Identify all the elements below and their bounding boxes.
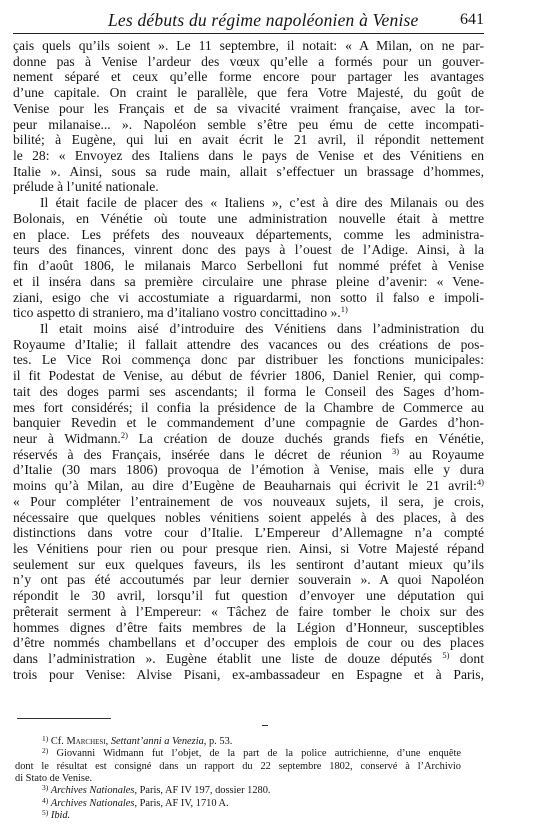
text-line: peur milanaise... ». Napoléon semble s’ê… <box>13 117 484 133</box>
footnote-4: 4) Archives Nationales, Paris, AF IV, 17… <box>15 798 461 810</box>
text-line: moins qu’à Milan, au dire d’Eugène de Be… <box>13 478 484 494</box>
footnote-1: 1) Cf. Marchesi, Settant’anni a Venezia,… <box>15 736 461 748</box>
page-header: Les débuts du régime napoléonien à Venis… <box>13 6 484 32</box>
body-text: çais quels qu’ils soient ». Le 11 septem… <box>13 38 484 682</box>
footnote-ref-2[interactable]: 2) <box>121 430 128 440</box>
text-line: les Vénitiens pour rien ou pour presque … <box>13 541 484 557</box>
footnote-ref-3[interactable]: 3) <box>392 446 399 456</box>
text-line: prélude à l’unité nationale. <box>13 179 484 195</box>
paragraph-start: Il était facile de placer des « Italiens… <box>13 195 484 211</box>
text-line: teurs des finances, vinrent donc des pay… <box>13 242 484 258</box>
text-line: hommes dignes d’être faits membres de la… <box>13 620 484 636</box>
text-line: banquier Revedin et le commandement d’un… <box>13 415 484 431</box>
text-line: tait des doges parmi ses ascendants; il … <box>13 384 484 400</box>
text-line: Venise pour les Français et de sa vivaci… <box>13 101 484 117</box>
text-line: neur à Widmann.2) La création de douze d… <box>13 431 484 447</box>
footnotes: 1) Cf. Marchesi, Settant’anni a Venezia,… <box>15 736 461 822</box>
text-line: bilité; à Eugène, qui lui en avait écrit… <box>13 132 484 148</box>
text-line: fin d’août 1806, le milanais Marco Serbe… <box>13 258 484 274</box>
text-line: le 28: « Envoyez des Italiens dans le pa… <box>13 148 484 164</box>
footnote-2: 2) Giovanni Widmann fut l’objet, de la p… <box>15 748 461 760</box>
text-line: il fit Podestat de Venise, au début de f… <box>13 368 484 384</box>
text-line: ziani, esigo che vi accostumiate a rigua… <box>13 290 484 306</box>
text-line: répondit le 30 avril, lorsqu’il fut ques… <box>13 588 484 604</box>
text-line: tico aspetto di straniero, ma d’italiano… <box>13 305 484 321</box>
footnote-3: 3) Archives Nationales, Paris, AF IV 197… <box>15 785 461 797</box>
text-line: et il inséra dans sa première circulaire… <box>13 274 484 290</box>
text-line: tes. Le Vice Roi commença donc par distr… <box>13 352 484 368</box>
footnote-ref-1[interactable]: 1) <box>341 304 348 314</box>
text-line: mes fort considérés; il confia la présid… <box>13 400 484 416</box>
text-line: en place. Les préfets des nouveaux dépar… <box>13 227 484 243</box>
text-line: prêterait serment à l’Empereur: « Tâchez… <box>13 604 484 620</box>
text-line: dans l’administration ». Eugène établit … <box>13 651 484 667</box>
text-line: d’Italie (30 mars 1806) provoqua de l’ém… <box>13 462 484 478</box>
running-title: Les débuts du régime napoléonien à Venis… <box>108 10 419 31</box>
footnote-2-cont: dont le résultat est consigné dans un ra… <box>15 761 461 773</box>
footnote-2-cont: di Stato de Venise. <box>15 773 461 785</box>
text-line: nécessaire que quelques nobles vénitiens… <box>13 510 484 526</box>
text-line: d’être nommés chambellans et d’occuper d… <box>13 635 484 651</box>
page-number: 641 <box>460 11 484 29</box>
text-line: d’une capitale. On craint le parallèle, … <box>13 85 484 101</box>
text-line: réservés à des Français, insérée dans le… <box>13 447 484 463</box>
footnote-5: 5) Ibid. <box>15 810 461 822</box>
text-line: Royaume d’Italie; il fallait attendre de… <box>13 337 484 353</box>
text-line: donne pas à Venise l’ardeur des vœux qu’… <box>13 54 484 70</box>
text-line: Bolonais, en Vénétie où toute une admini… <box>13 211 484 227</box>
text-line: seulement sur eux quelques faveurs, ils … <box>13 557 484 573</box>
text-line: çais quels qu’ils soient ». Le 11 septem… <box>13 38 484 54</box>
footnote-separator <box>17 718 111 719</box>
text-line: trois pour Venise: Alvise Pisani, ex-amb… <box>13 667 484 683</box>
text-line: n’y ont pas été accoutumés par leur dern… <box>13 572 484 588</box>
text-line: Italie ». Ainsi, sous sa rude main, alla… <box>13 164 484 180</box>
header-rule <box>13 33 484 34</box>
paragraph-start: Il etait moins aisé d’introduire des Vén… <box>13 321 484 337</box>
text-line: distinctions dans votre cour d’Italie. L… <box>13 525 484 541</box>
text-line: nement séparé et ceux qu’elle forme enco… <box>13 69 484 85</box>
footnote-ref-4[interactable]: 4) <box>477 477 484 487</box>
print-mark <box>262 725 268 726</box>
text-line: « Pour compléter l’entrainement de vos n… <box>13 494 484 510</box>
